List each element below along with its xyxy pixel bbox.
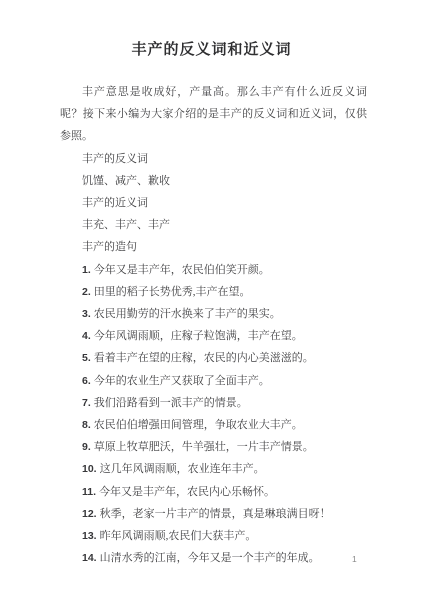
sentence-number: 12. <box>82 508 97 520</box>
sentence-item: 2.田里的稻子长势优秀,丰产在望。 <box>60 281 367 303</box>
document-page: 丰产的反义词和近义词 丰产意思是收成好，产量高。那么丰产有什么近反义词呢？接下来… <box>0 0 423 600</box>
sentence-item: 3.农民用勤劳的汗水换来了丰产的果实。 <box>60 303 367 325</box>
sentence-text: 看着丰产在望的庄稼，农民的内心美滋滋的。 <box>94 352 314 364</box>
sentence-item: 14.山清水秀的江南，今年又是一个丰产的年成。 <box>60 547 367 569</box>
sentence-text: 今年风调雨顺，庄稼子粒饱满，丰产在望。 <box>94 330 303 342</box>
sentence-item: 13.昨年风调雨顺,农民们大获丰产。 <box>60 525 367 547</box>
sentence-item: 8.农民伯伯增强田间管理，争取农业大丰产。 <box>60 414 367 436</box>
sentence-item: 10.这几年风调雨顺，农业连年丰产。 <box>60 458 367 480</box>
sentence-item: 5.看着丰产在望的庄稼，农民的内心美滋滋的。 <box>60 347 367 369</box>
sentence-text: 秋季，老家一片丰产的情景，真是琳琅满目呀！ <box>100 508 331 520</box>
section-heading-antonyms: 丰产的反义词 <box>60 148 367 170</box>
section-heading-synonyms: 丰产的近义词 <box>60 192 367 214</box>
sentence-text: 草原上牧草肥沃，牛羊强壮，一片丰产情景。 <box>94 441 314 453</box>
sentence-text: 今年又是丰产年，农民内心乐畅怀。 <box>99 486 275 498</box>
sentence-item: 11.今年又是丰产年，农民内心乐畅怀。 <box>60 481 367 503</box>
sentence-number: 7. <box>82 397 91 409</box>
sentence-text: 田里的稻子长势优秀,丰产在望。 <box>94 286 251 298</box>
sentence-number: 13. <box>82 530 97 542</box>
page-title: 丰产的反义词和近义词 <box>0 0 423 60</box>
synonym-words: 丰充、丰产、丰产 <box>60 214 367 236</box>
sentence-number: 9. <box>82 441 91 453</box>
sentence-text: 今年的农业生产又获取了全面丰产。 <box>94 375 270 387</box>
sentence-text: 农民伯伯增强田间管理，争取农业大丰产。 <box>94 419 303 431</box>
sentence-number: 4. <box>82 330 91 342</box>
sentence-text: 今年又是丰产年，农民伯伯笑开颜。 <box>94 264 270 276</box>
sentence-item: 9.草原上牧草肥沃，牛羊强壮，一片丰产情景。 <box>60 436 367 458</box>
sentence-number: 6. <box>82 375 91 387</box>
sentence-number: 10. <box>82 463 97 475</box>
sentence-number: 14. <box>82 552 97 564</box>
sentence-item: 12.秋季，老家一片丰产的情景，真是琳琅满目呀！ <box>60 503 367 525</box>
sentence-number: 3. <box>82 308 91 320</box>
sentence-item: 1.今年又是丰产年，农民伯伯笑开颜。 <box>60 259 367 281</box>
antonym-words: 饥馑、减产、歉收 <box>60 170 367 192</box>
sentence-number: 5. <box>82 352 91 364</box>
sentence-text: 这几年风调雨顺，农业连年丰产。 <box>100 463 265 475</box>
sentence-item: 7.我们沿路看到一派丰产的情景。 <box>60 392 367 414</box>
sentence-number: 8. <box>82 419 91 431</box>
sentence-text: 农民用勤劳的汗水换来了丰产的果实。 <box>94 308 281 320</box>
sentence-text: 山清水秀的江南，今年又是一个丰产的年成。 <box>100 552 320 564</box>
section-heading-sentences: 丰产的造句 <box>60 236 367 258</box>
sentence-item: 4.今年风调雨顺，庄稼子粒饱满，丰产在望。 <box>60 325 367 347</box>
sentence-number: 1. <box>82 264 91 276</box>
sentence-number: 2. <box>82 286 91 298</box>
sentence-number: 11. <box>82 486 96 498</box>
page-number: 1 <box>352 553 357 565</box>
sentence-text: 昨年风调雨顺,农民们大获丰产。 <box>100 530 257 542</box>
document-body: 丰产意思是收成好，产量高。那么丰产有什么近反义词呢？接下来小编为大家介绍的是丰产… <box>60 81 367 569</box>
intro-paragraph: 丰产意思是收成好，产量高。那么丰产有什么近反义词呢？接下来小编为大家介绍的是丰产… <box>60 81 367 148</box>
sentence-text: 我们沿路看到一派丰产的情景。 <box>94 397 248 409</box>
sentence-item: 6.今年的农业生产又获取了全面丰产。 <box>60 370 367 392</box>
